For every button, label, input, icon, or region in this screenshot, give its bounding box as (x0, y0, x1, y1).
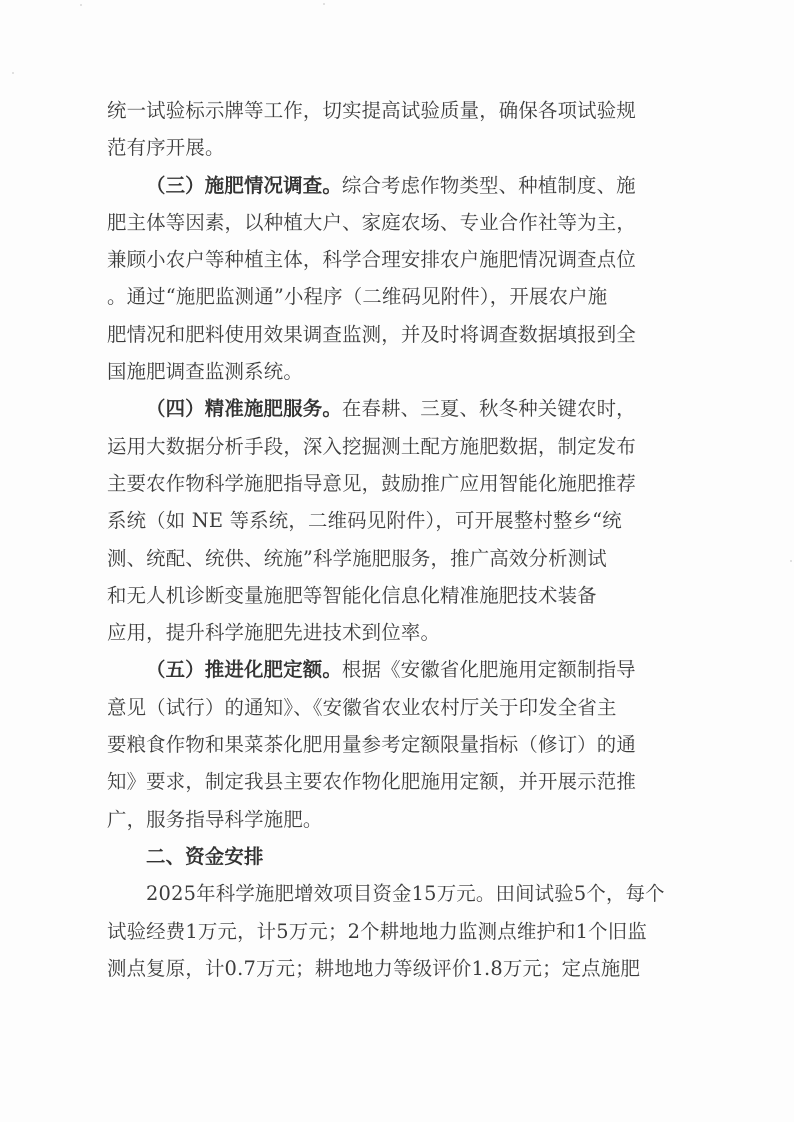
line-text: 测、统配、统供、统施”科学施肥服务，推广高效分析测试 (107, 547, 607, 570)
paragraph-line: 主要农作物科学施肥指导意见，鼓励推广应用智能化施肥推荐 (107, 465, 667, 502)
paragraph-line: （五）推进化肥定额。根据《安徽省化肥施用定额制指导 (107, 651, 667, 688)
line-text: 主要农作物科学施肥指导意见，鼓励推广应用智能化施肥推荐 (107, 472, 636, 495)
line-text: 根据《安徽省化肥施用定额制指导 (342, 658, 636, 681)
line-text: 统一试验标示牌等工作，切实提高试验质量，确保各项试验规 (107, 99, 636, 122)
paragraph-line: （四）精准施肥服务。在春耕、三夏、秋冬种关键农时， (107, 390, 667, 427)
paragraph-line: 和无人机诊断变量施肥等智能化信息化精准施肥技术装备 (107, 577, 667, 614)
line-text: 兼顾小农户等种植主体，科学合理安排农户施肥情况调查点位 (107, 248, 636, 271)
section-heading-4: （四）精准施肥服务。 (146, 397, 342, 420)
section-heading-5: （五）推进化肥定额。 (146, 658, 342, 681)
paragraph-line: 二、资金安排 (107, 838, 667, 875)
line-text: 广，服务指导科学施肥。 (107, 808, 323, 831)
line-text: 试验经费1万元，计5万元；2个耕地地力监测点维护和1个旧监 (107, 920, 647, 943)
paragraph-line: 测、统配、统供、统施”科学施肥服务，推广高效分析测试 (107, 540, 667, 577)
scan-speck (80, 4, 82, 6)
paragraph-line: 意见（试行）的通知》、《安徽省农业农村厅关于印发全省主 (107, 689, 667, 726)
paragraph-line: 广，服务指导科学施肥。 (107, 801, 667, 838)
line-text: 运用大数据分析手段，深入挖掘测土配方施肥数据，制定发布 (107, 435, 636, 458)
paragraph-line: 国施肥调查监测系统。 (107, 353, 667, 390)
line-text: 综合考虑作物类型、种植制度、施 (342, 174, 636, 197)
document-page: 统一试验标示牌等工作，切实提高试验质量，确保各项试验规 范有序开展。 （三）施肥… (0, 0, 794, 1122)
line-text: 范有序开展。 (107, 136, 225, 159)
document-body: 统一试验标示牌等工作，切实提高试验质量，确保各项试验规 范有序开展。 （三）施肥… (107, 92, 667, 987)
line-text: 肥主体等因素，以种植大户、家庭农场、专业合作社等为主， (107, 211, 636, 234)
line-text: 国施肥调查监测系统。 (107, 360, 303, 383)
paragraph-line: 兼顾小农户等种植主体，科学合理安排农户施肥情况调查点位 (107, 241, 667, 278)
paragraph-line: 系统（如 NE 等系统，二维码见附件），可开展整村整乡“统 (107, 502, 667, 539)
paragraph-line: 运用大数据分析手段，深入挖掘测土配方施肥数据，制定发布 (107, 428, 667, 465)
paragraph-line: 2025年科学施肥增效项目资金15万元。田间试验5个，每个 (107, 875, 667, 912)
paragraph-line: 肥主体等因素，以种植大户、家庭农场、专业合作社等为主， (107, 204, 667, 241)
paragraph-line: 知》要求，制定我县主要农作物化肥施用定额，并开展示范推 (107, 763, 667, 800)
section-heading-3: （三）施肥情况调查。 (146, 174, 342, 197)
line-text: 知》要求，制定我县主要农作物化肥施用定额，并开展示范推 (107, 770, 636, 793)
paragraph-line: 肥情况和肥料使用效果调查监测，并及时将调查数据填报到全 (107, 316, 667, 353)
line-text: 意见（试行）的通知》、《安徽省农业农村厅关于印发全省主 (107, 696, 617, 719)
line-text: 在春耕、三夏、秋冬种关键农时， (342, 397, 636, 420)
paragraph-line: （三）施肥情况调查。综合考虑作物类型、种植制度、施 (107, 167, 667, 204)
paragraph-line: 统一试验标示牌等工作，切实提高试验质量，确保各项试验规 (107, 92, 667, 129)
line-text: 测点复原，计0.7万元；耕地地力等级评价1.8万元；定点施肥 (107, 957, 640, 980)
section-heading-funding: 二、资金安排 (146, 845, 264, 868)
line-text: 系统（如 NE 等系统，二维码见附件），可开展整村整乡“统 (107, 509, 622, 532)
paragraph-line: 。通过“施肥监测通”小程序（二维码见附件），开展农户施 (107, 278, 667, 315)
paragraph-line: 试验经费1万元，计5万元；2个耕地地力监测点维护和1个旧监 (107, 913, 667, 950)
paragraph-line: 测点复原，计0.7万元；耕地地力等级评价1.8万元；定点施肥 (107, 950, 667, 987)
paragraph-line: 范有序开展。 (107, 129, 667, 166)
line-text: 要粮食作物和果菜茶化肥用量参考定额限量指标（修订）的通 (107, 733, 636, 756)
scan-speck (323, 3, 325, 5)
line-text: 。通过“施肥监测通”小程序（二维码见附件），开展农户施 (107, 285, 607, 308)
line-text: 和无人机诊断变量施肥等智能化信息化精准施肥技术装备 (107, 584, 597, 607)
scan-speck (790, 560, 792, 562)
line-text: 应用，提升科学施肥先进技术到位率。 (107, 621, 440, 644)
paragraph-line: 应用，提升科学施肥先进技术到位率。 (107, 614, 667, 651)
paragraph-line: 要粮食作物和果菜茶化肥用量参考定额限量指标（修订）的通 (107, 726, 667, 763)
line-text: 肥情况和肥料使用效果调查监测，并及时将调查数据填报到全 (107, 323, 636, 346)
line-text: 2025年科学施肥增效项目资金15万元。田间试验5个，每个 (146, 882, 665, 905)
scan-speck (12, 72, 14, 74)
